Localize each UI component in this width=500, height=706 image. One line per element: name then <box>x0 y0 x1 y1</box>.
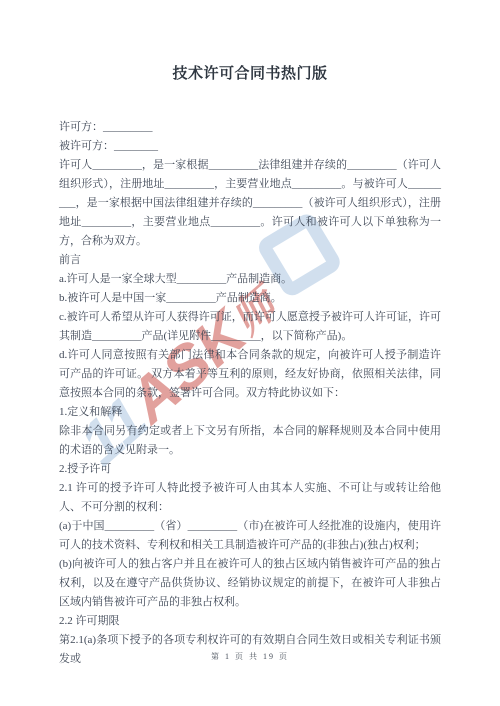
clause-2-2-body: 第2.1(a)条项下授予的各项专利权许可的有效期自合同生效日或相关专利证书颁发或 <box>59 631 441 669</box>
section-1-heading: 1.定义和解释 <box>59 403 441 422</box>
parties-paragraph: 许可人_________，是一家根据_________法律组建并存续的_____… <box>59 156 441 251</box>
preamble-heading: 前言 <box>59 251 441 270</box>
section-2-heading: 2.授予许可 <box>59 460 441 479</box>
clause-2-1: 2.1 许可的授予许可人特此授予被许可人由其本人实施、不可让与或转让给他人、不可… <box>59 479 441 517</box>
preamble-item-a: a.许可人是一家全球大型_________产品制造商。 <box>59 270 441 289</box>
contract-page: 11ASK师 技术许可合同书热门版 许可方：_________ 被许可方：___… <box>0 0 500 706</box>
contract-body: 许可方：_________ 被许可方：________ 许可人_________… <box>59 118 441 669</box>
clause-2-1-a: (a)于中国_________（省）_________（市)在被许可人经批准的设… <box>59 517 441 555</box>
page-title: 技术许可合同书热门版 <box>0 62 500 83</box>
clause-2-1-b: (b)向被许可人的独占客户并且在被许可人的独占区域内销售被许可产品的独占权利，以… <box>59 555 441 612</box>
preamble-item-b: b.被许可人是中国一家_________产品制造商。 <box>59 289 441 308</box>
preamble-item-c: c.被许可人希望从许可人获得许可证，而许可人愿意授予被许可人许可证，许可其制造_… <box>59 308 441 346</box>
section-1-body: 除非本合同另有约定或者上下文另有所指，本合同的解释规则及本合同中使用的术语的含义… <box>59 422 441 460</box>
licensor-line: 许可方：_________ <box>59 118 441 137</box>
licensee-line: 被许可方：________ <box>59 137 441 156</box>
clause-2-2-heading: 2.2 许可期限 <box>59 612 441 631</box>
page-number: 第 1 页 共 19 页 <box>0 651 500 662</box>
preamble-item-d: d.许可人同意按照有关部门法律和本合同条款的规定，向被许可人授予制造许可产品的许… <box>59 346 441 403</box>
